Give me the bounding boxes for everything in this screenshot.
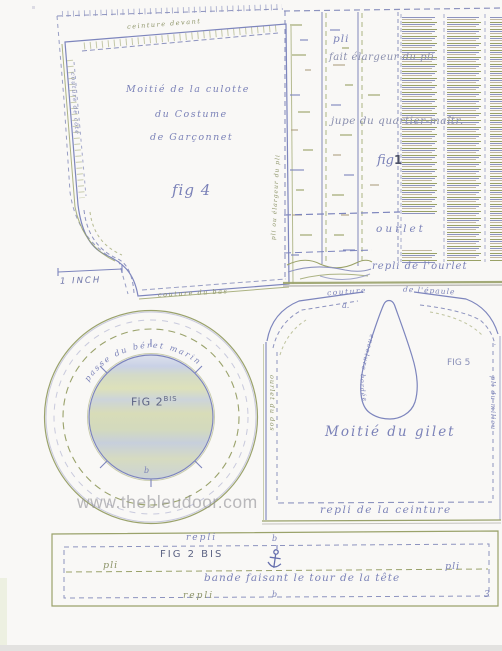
beret-fig-main: FiG 2	[131, 396, 164, 409]
culotte-fig-label: fig 4	[172, 181, 211, 199]
anchor-icon	[267, 549, 282, 569]
band-fold-bottom-label: repli	[183, 591, 214, 601]
notch-tick-row-waist	[84, 28, 278, 46]
sewing-pattern-scan: passe du béret marin encolure bordée	[0, 0, 502, 651]
culotte-title-line2: du Costume	[155, 109, 228, 120]
hatched-panel-right	[447, 16, 483, 262]
beret-notch-label: b	[144, 466, 149, 475]
band-fig-label: FIG 2 BIS	[160, 549, 223, 560]
culotte-piece	[57, 7, 293, 299]
band-notch-top: b	[272, 534, 277, 543]
scan-speck	[32, 6, 35, 9]
jupe-hem-label: ourlet	[376, 223, 426, 235]
svg-text:encolure bordée: encolure bordée	[358, 333, 375, 403]
gilet-bottom-edge	[262, 520, 501, 521]
scale-label: 1 INCH	[60, 275, 102, 286]
jupe-fig-number: 1	[394, 153, 402, 167]
culotte-title-line1: Moitié de la culotte	[126, 84, 250, 95]
culotte-title-line3: de Garçonnet	[150, 132, 233, 143]
jupe-fig-script: fig	[377, 153, 394, 168]
watermark: www.thebleudoor.com	[77, 492, 258, 513]
band-corner-number: 3	[484, 590, 490, 600]
gilet-back-hem-label: ourlet du dos	[268, 375, 276, 432]
fold-curves	[287, 260, 372, 268]
band-pli-left: pli	[103, 560, 118, 571]
jupe-hem-fold-label: repli de l'ourlet	[372, 261, 468, 272]
notch-tick-row-top	[62, 7, 282, 14]
band-title: bande faisant le tour de la tête	[204, 572, 400, 584]
scale-bar	[58, 265, 122, 276]
gilet-waist-dashed	[278, 502, 492, 503]
beret-inner-circle	[89, 355, 213, 479]
gilet-shoulder-note: a.	[342, 301, 349, 310]
gilet-title: Moitié du gilet	[325, 424, 456, 440]
gilet-fig-label: FIG 5	[447, 358, 470, 368]
jupe-bottom-edge	[283, 282, 502, 283]
gilet-center-fold-label: pli du milieu	[489, 376, 497, 430]
culotte-outline	[65, 24, 289, 296]
band-pli-right: pli	[445, 561, 460, 572]
jupe-piece	[283, 8, 502, 286]
gilet-left-shoulder	[267, 292, 363, 341]
beret-fig-sup: BIS	[164, 395, 178, 403]
beret-fig-label: FiG 2BIS	[131, 395, 178, 409]
gilet-waist-fold-label: repli de la ceinture	[320, 504, 452, 516]
jupe-width-label: fait élargeur du pli.	[329, 52, 438, 63]
jupe-pli-label: pli	[333, 33, 349, 45]
scan-edge-bottom	[0, 645, 502, 651]
band-fold-top-label: repli	[186, 533, 217, 543]
jupe-title: jupe du quartier-maîtr.	[331, 115, 464, 127]
jupe-fig-label: fig1	[377, 149, 402, 168]
gilet-neck-label: encolure bordée	[358, 333, 375, 403]
gilet-keyhole-neckline	[361, 301, 417, 420]
gilet-piece: encolure bordée	[262, 292, 501, 524]
scan-edge-left	[0, 578, 7, 645]
gilet-right-shoulder	[414, 292, 498, 334]
band-notch-bottom: b	[272, 590, 277, 599]
